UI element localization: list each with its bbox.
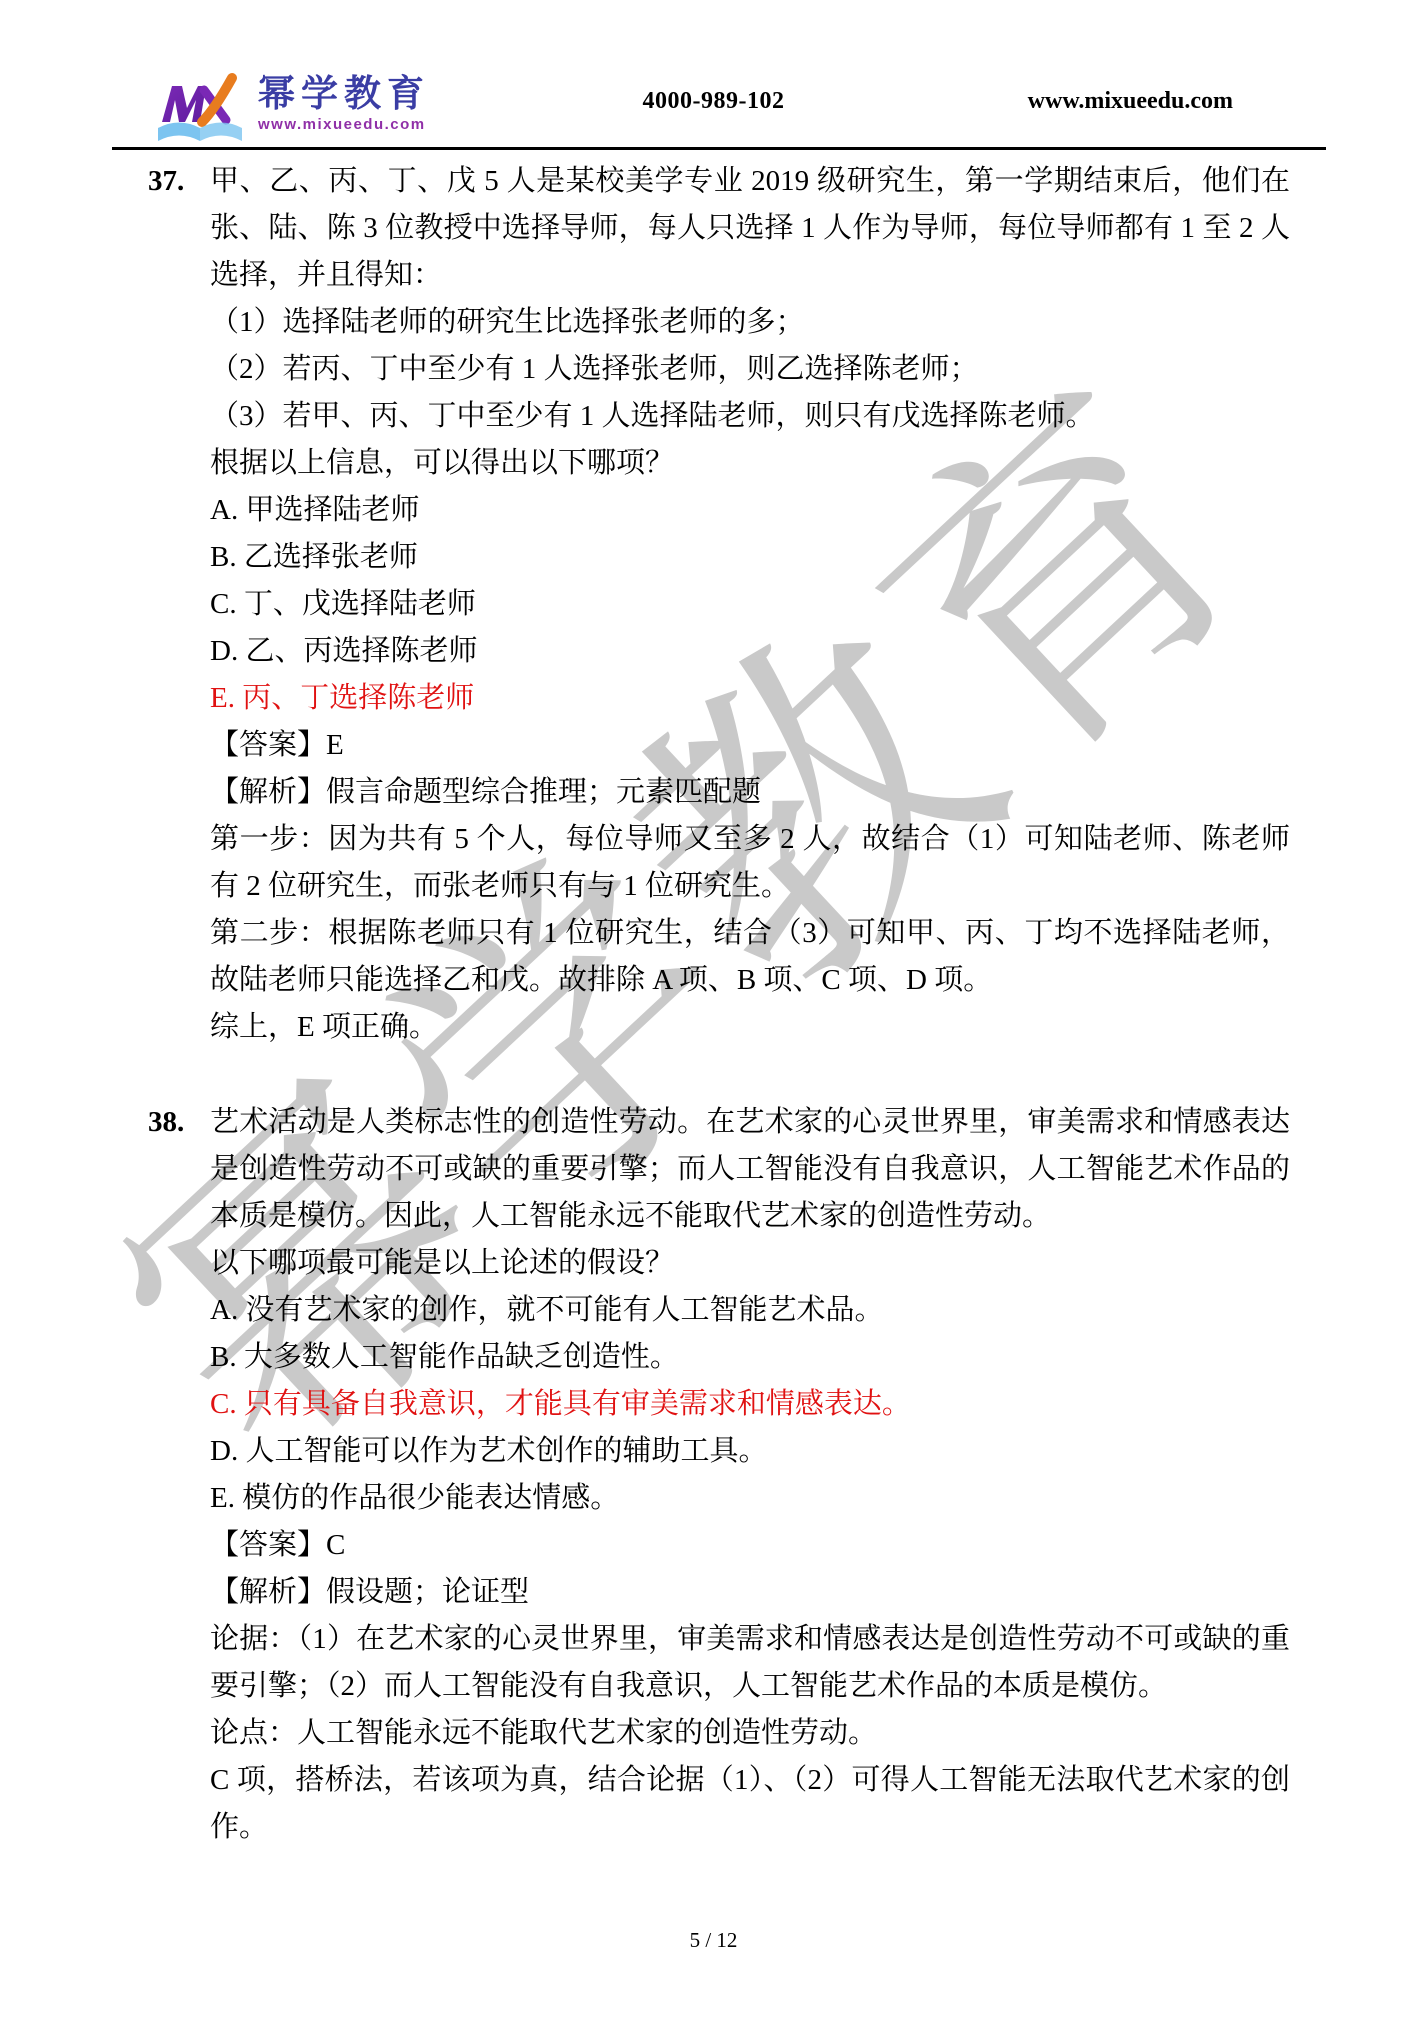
question-number: 38. <box>148 1099 184 1146</box>
option-d: D. 乙、丙选择陈老师 <box>210 628 1290 675</box>
analysis-step-1: 第一步：因为共有 5 个人，每位导师又至多 2 人，故结合（1）可知陆老师、陈老… <box>210 816 1290 910</box>
main-content: 37. 甲、乙、丙、丁、戊 5 人是某校美学专业 2019 级研究生，第一学期结… <box>0 158 1427 1851</box>
question-stem: 甲、乙、丙、丁、戊 5 人是某校美学专业 2019 级研究生，第一学期结束后，他… <box>210 158 1290 299</box>
option-b: B. 乙选择张老师 <box>210 534 1290 581</box>
option-b: B. 大多数人工智能作品缺乏创造性。 <box>210 1334 1290 1381</box>
analysis-type-line: 【解析】假设题；论证型 <box>210 1569 1290 1616</box>
question-stem: 艺术活动是人类标志性的创造性劳动。在艺术家的心灵世界里，审美需求和情感表达是创造… <box>210 1099 1290 1240</box>
answer-line: 【答案】E <box>210 722 1290 769</box>
option-e: E. 模仿的作品很少能表达情感。 <box>210 1475 1290 1522</box>
option-c-highlighted: C. 只有具备自我意识，才能具有审美需求和情感表达。 <box>210 1381 1290 1428</box>
question-number: 37. <box>148 158 184 205</box>
question-prompt: 根据以上信息，可以得出以下哪项？ <box>210 440 1290 487</box>
question-prompt: 以下哪项最可能是以上论述的假设？ <box>210 1240 1290 1287</box>
analysis-type-line: 【解析】假言命题型综合推理；元素匹配题 <box>210 769 1290 816</box>
logo-site-url: www.mixueedu.com <box>258 116 430 133</box>
analysis-point: 论点：人工智能永远不能取代艺术家的创造性劳动。 <box>210 1710 1290 1757</box>
answer-line: 【答案】C <box>210 1522 1290 1569</box>
document-page: 幂学教育 幂学教育 <box>0 0 1427 2024</box>
analysis-option-c: C 项，搭桥法，若该项为真，结合论据（1）、（2）可得人工智能无法取代艺术家的创… <box>210 1757 1290 1851</box>
question-38: 38. 艺术活动是人类标志性的创造性劳动。在艺术家的心灵世界里，审美需求和情感表… <box>210 1099 1290 1851</box>
website-url: www.mixueedu.com <box>1028 88 1233 115</box>
book-icon-right <box>200 123 242 142</box>
option-d: D. 人工智能可以作为艺术创作的辅助工具。 <box>210 1428 1290 1475</box>
page-number: 5 / 12 <box>0 1928 1427 1953</box>
condition-2: （2）若丙、丁中至少有 1 人选择张老师，则乙选择陈老师； <box>210 346 1290 393</box>
page-header: 幂学教育 www.mixueedu.com 4000-989-102 www.m… <box>0 0 1427 150</box>
condition-3: （3）若甲、丙、丁中至少有 1 人选择陆老师，则只有戊选择陈老师。 <box>210 393 1290 440</box>
question-37: 37. 甲、乙、丙、丁、戊 5 人是某校美学专业 2019 级研究生，第一学期结… <box>210 158 1290 1051</box>
condition-1: （1）选择陆老师的研究生比选择张老师的多； <box>210 299 1290 346</box>
analysis-conclusion: 综上，E 项正确。 <box>210 1004 1290 1051</box>
option-e-highlighted: E. 丙、丁选择陈老师 <box>210 675 1290 722</box>
option-c: C. 丁、戊选择陆老师 <box>210 581 1290 628</box>
option-a: A. 甲选择陆老师 <box>210 487 1290 534</box>
analysis-evidence: 论据：（1）在艺术家的心灵世界里，审美需求和情感表达是创造性劳动不可或缺的重要引… <box>210 1616 1290 1710</box>
analysis-step-2: 第二步：根据陈老师只有 1 位研究生，结合（3）可知甲、丙、丁均不选择陆老师，故… <box>210 910 1290 1004</box>
option-a: A. 没有艺术家的创作，就不可能有人工智能艺术品。 <box>210 1287 1290 1334</box>
book-icon <box>158 123 200 142</box>
